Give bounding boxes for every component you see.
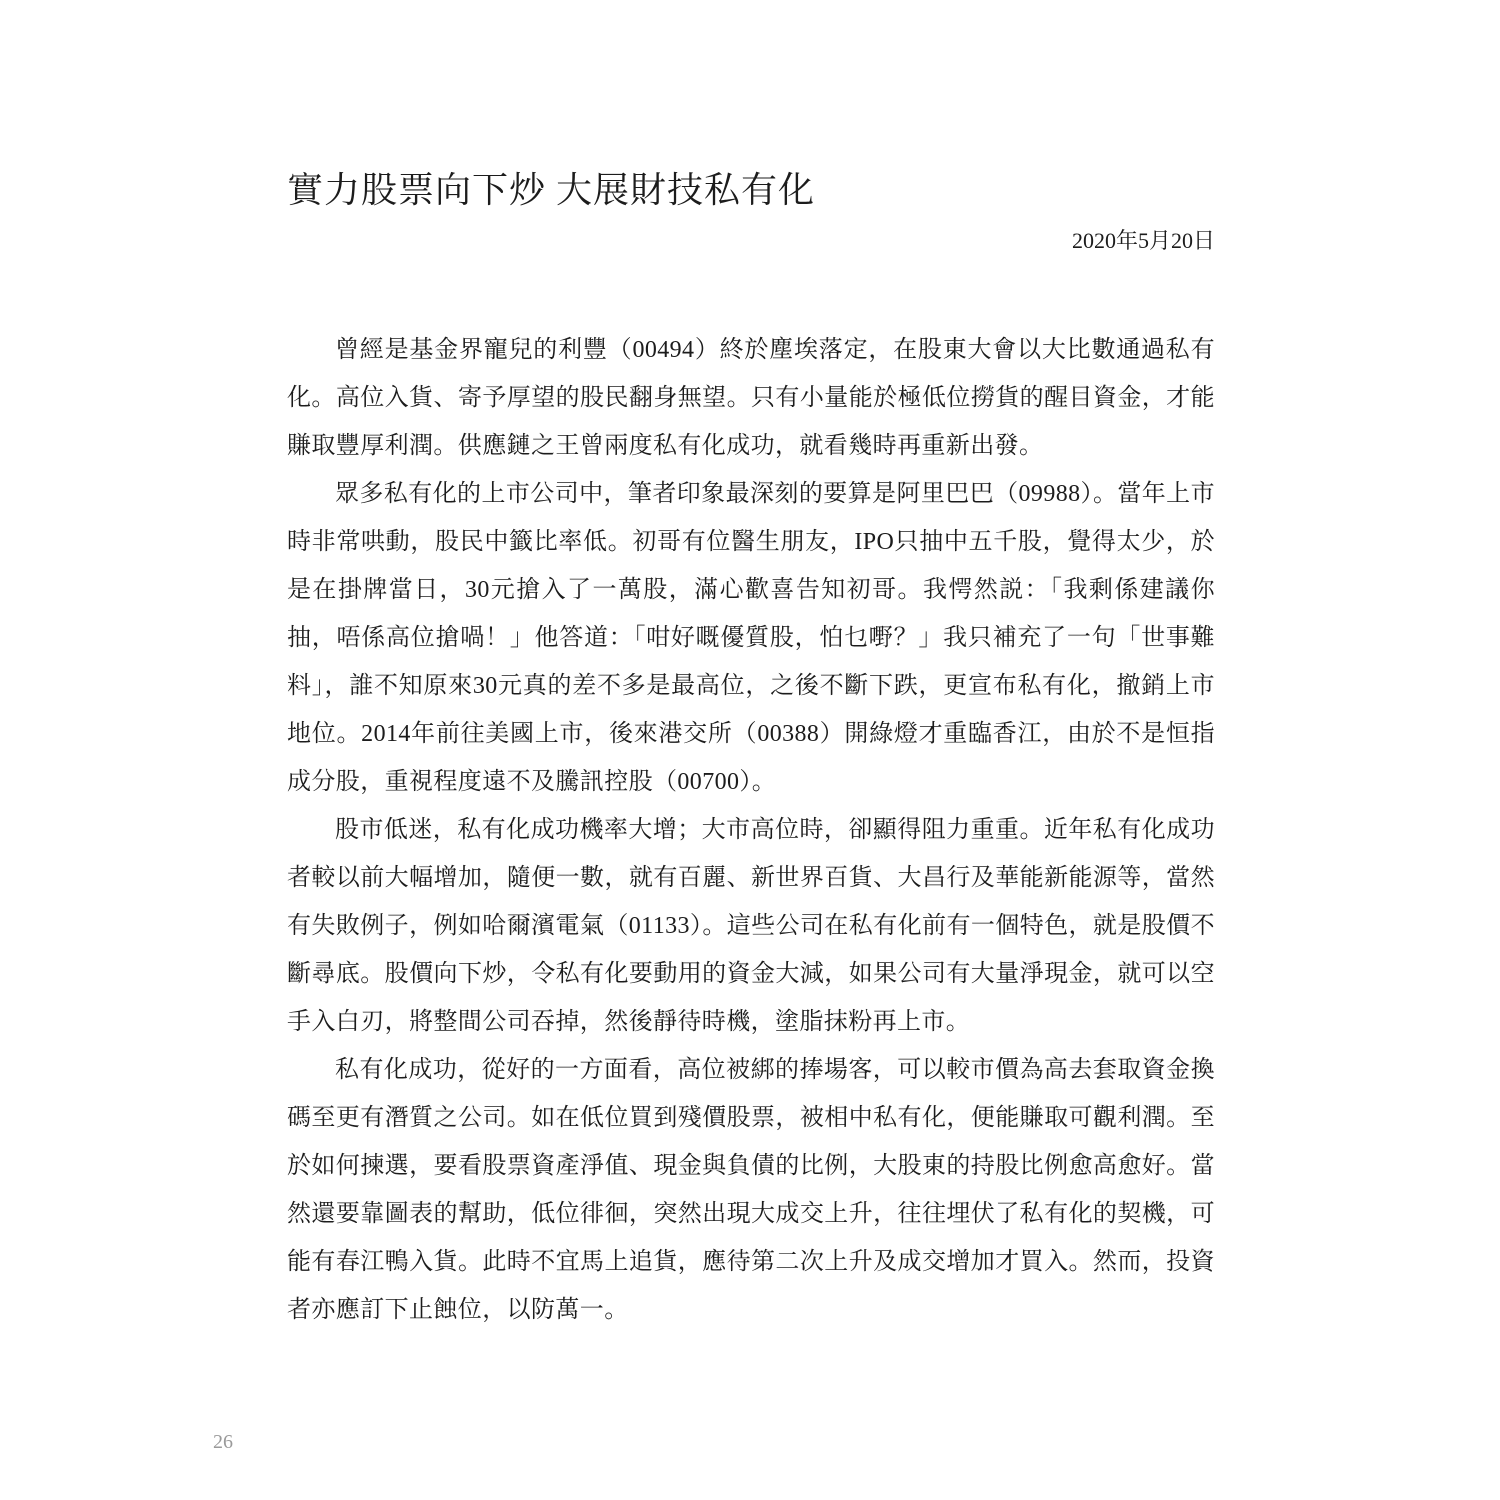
page-number: 26 bbox=[213, 1430, 233, 1454]
article-paragraph: 曾經是基金界寵兒的利豐（00494）終於塵埃落定，在股東大會以大比數通過私有化。… bbox=[287, 326, 1215, 470]
article-paragraph: 眾多私有化的上市公司中，筆者印象最深刻的要算是阿里巴巴（09988）。當年上市時… bbox=[287, 470, 1215, 806]
article-date: 2020年5月20日 bbox=[287, 227, 1215, 256]
article-paragraph: 股市低迷，私有化成功機率大增；大市高位時，卻顯得阻力重重。近年私有化成功者較以前… bbox=[287, 806, 1215, 1046]
article-paragraph: 私有化成功，從好的一方面看，高位被綁的捧場客，可以較市價為高去套取資金換碼至更有… bbox=[287, 1046, 1215, 1334]
article-title: 實力股票向下炒 大展財技私有化 bbox=[287, 168, 1215, 213]
document-page: 實力股票向下炒 大展財技私有化 2020年5月20日 曾經是基金界寵兒的利豐（0… bbox=[0, 0, 1500, 1500]
page-content: 實力股票向下炒 大展財技私有化 2020年5月20日 曾經是基金界寵兒的利豐（0… bbox=[287, 168, 1215, 1334]
article-body: 曾經是基金界寵兒的利豐（00494）終於塵埃落定，在股東大會以大比數通過私有化。… bbox=[287, 326, 1215, 1334]
